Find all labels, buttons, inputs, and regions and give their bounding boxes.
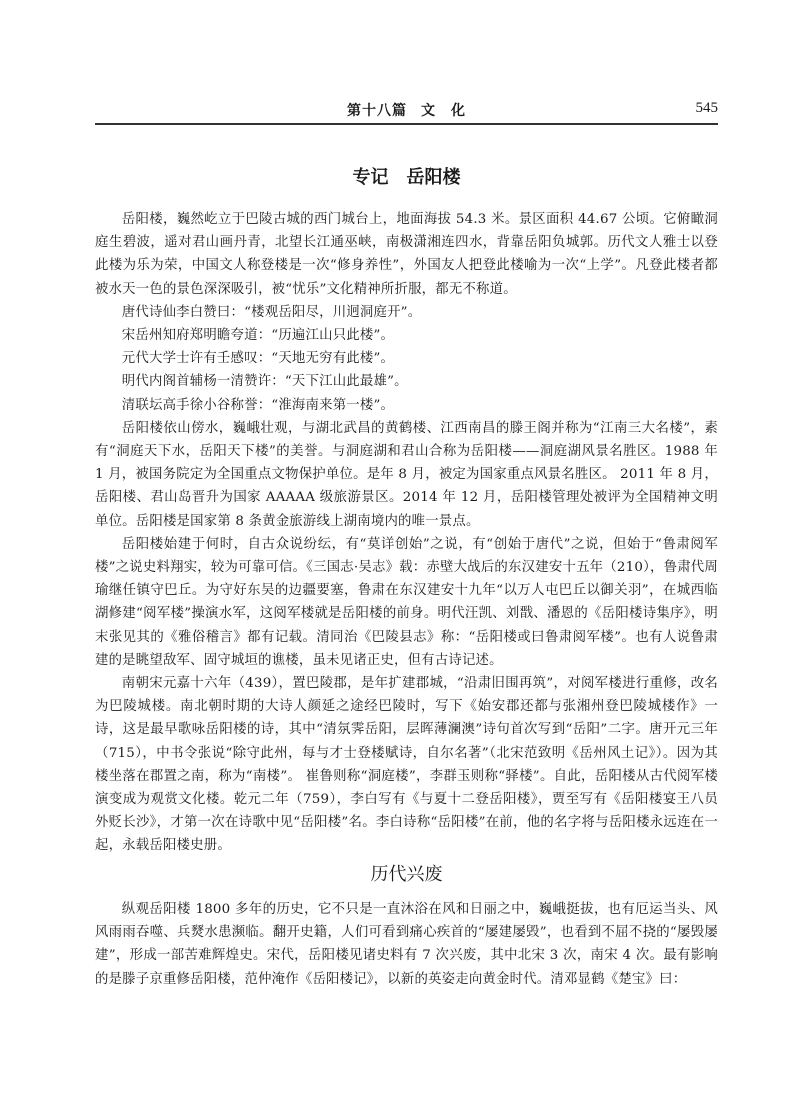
title-name: 岳阳楼 [407,167,461,188]
running-head-title: 第十八篇文 化 [95,100,718,120]
paragraph: 纵观岳阳楼 1800 多年的历史，它不只是一直沐浴在风和日丽之中，巍峨挺拔，也有… [95,898,718,991]
chapter-label: 第十八篇 [347,103,407,119]
section-heading: 历代兴废 [95,860,718,886]
quote-line: 元代大学士许有壬感叹：“天地无穷有此楼”。 [95,347,718,370]
paragraph: 南朝宋元嘉十六年（439），置巴陵郡，是年扩建郡城，“沿肃旧围再筑”，对阅军楼进… [95,672,718,858]
header-rule [95,123,718,125]
paragraph: 岳阳楼，巍然屹立于巴陵古城的西门城台上，地面海拔 54.3 米。景区面积 44.… [95,208,718,301]
page-title: 专记岳阳楼 [95,163,718,189]
running-head: 第十八篇文 化 545 [95,100,718,124]
quote-line: 唐代诗仙李白赞曰：“楼观岳阳尽，川迥洞庭开”。 [95,301,718,324]
quote-line: 清联坛高手徐小谷称誉：“淮海南来第一楼”。 [95,394,718,417]
page-number: 545 [696,100,719,117]
paragraph: 岳阳楼依山傍水，巍峨壮观，与湖北武昌的黄鹤楼、江西南昌的滕王阁并称为“江南三大名… [95,417,718,533]
quote-line: 宋岳州知府郑明瞻夸道：“历遍江山只此楼”。 [95,324,718,347]
section-label: 文 化 [421,103,466,119]
title-label: 专记 [353,167,389,188]
article-body: 岳阳楼，巍然屹立于巴陵古城的西门城台上，地面海拔 54.3 米。景区面积 44.… [95,208,718,858]
quote-line: 明代内阁首辅杨一清赞许：“天下江山此最雄”。 [95,370,718,393]
paragraph: 岳阳楼始建于何时，自古众说纷纭，有“莫详创始”之说，有“创始于唐代”之说，但始于… [95,533,718,672]
section-body: 纵观岳阳楼 1800 多年的历史，它不只是一直沐浴在风和日丽之中，巍峨挺拔，也有… [95,898,718,991]
